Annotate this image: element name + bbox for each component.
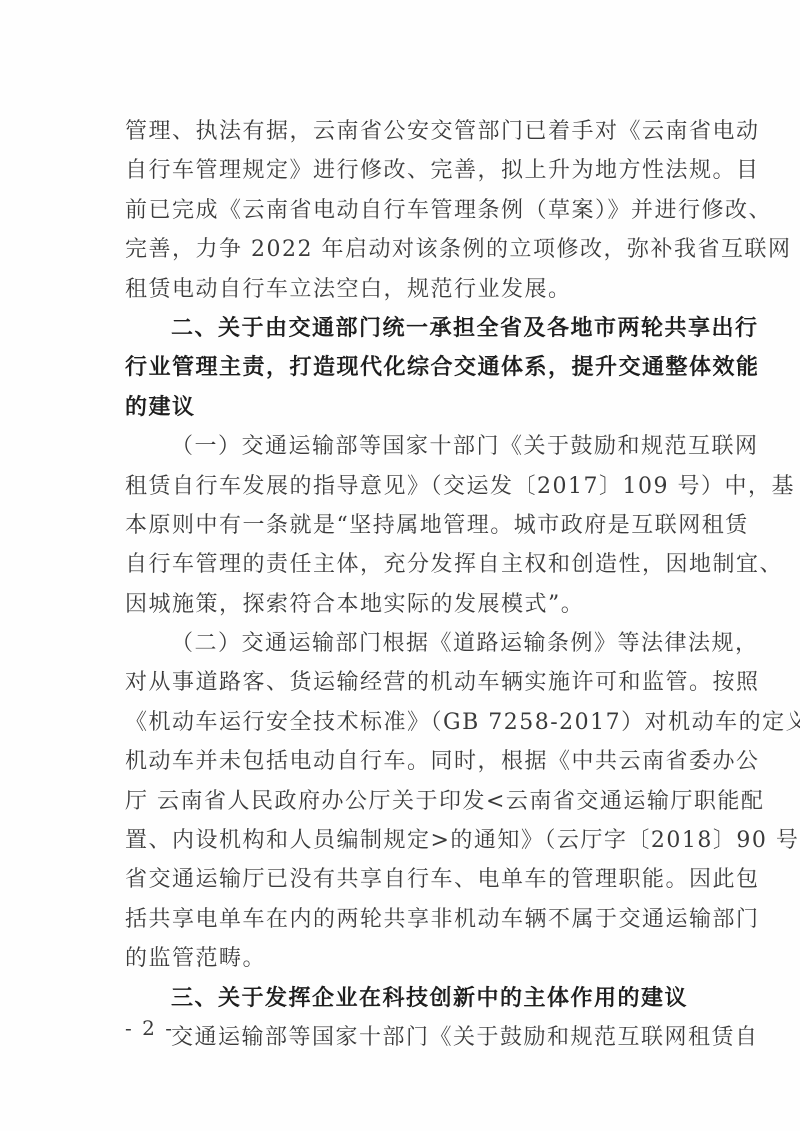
section-heading-3: 三、关于发挥企业在科技创新中的主体作用的建议 bbox=[125, 979, 680, 1018]
heading-line: 三、关于发挥企业在科技创新中的主体作用的建议 bbox=[125, 979, 680, 1018]
document-page: 管理、执法有据，云南省公安交管部门已着手对《云南省电动 自行车管理规定》进行修改… bbox=[0, 0, 800, 1131]
text-line: 本原则中有一条就是“坚持属地管理。城市政府是互联网租赁 bbox=[125, 506, 680, 545]
text-line: 括共享电单车在内的两轮共享非机动车辆不属于交通运输部门 bbox=[125, 900, 680, 939]
text-line: 管理、执法有据，云南省公安交管部门已着手对《云南省电动 bbox=[125, 112, 680, 151]
text-line: 自行车管理规定》进行修改、完善，拟上升为地方性法规。目 bbox=[125, 151, 680, 190]
heading-line: 的建议 bbox=[125, 388, 680, 427]
paragraph-subitem-1: （一）交通运输部等国家十部门《关于鼓励和规范互联网 租赁自行车发展的指导意见》（… bbox=[125, 427, 680, 624]
heading-line: 行业管理主责，打造现代化综合交通体系，提升交通整体效能 bbox=[125, 348, 680, 387]
text-line: 因城施策，探索符合本地实际的发展模式”。 bbox=[125, 585, 680, 624]
text-line: 完善，力争 2022 年启动对该条例的立项修改，弥补我省互联网 bbox=[125, 230, 680, 269]
page-number: - 2 - bbox=[125, 1016, 174, 1040]
document-body: 管理、执法有据，云南省公安交管部门已着手对《云南省电动 自行车管理规定》进行修改… bbox=[125, 112, 680, 1057]
text-line: 对从事道路客、货运输经营的机动车辆实施许可和监管。按照 bbox=[125, 663, 680, 702]
text-line: 租赁自行车发展的指导意见》（交运发〔2017〕109 号）中，基 bbox=[125, 467, 680, 506]
text-line: 省交通运输厅已没有共享自行车、电单车的管理职能。因此包 bbox=[125, 860, 680, 899]
heading-line: 二、关于由交通部门统一承担全省及各地市两轮共享出行 bbox=[125, 309, 680, 348]
paragraph-section-3-body: 交通运输部等国家十部门《关于鼓励和规范互联网租赁自 bbox=[125, 1018, 680, 1057]
text-line: 前已完成《云南省电动自行车管理条例（草案）》并进行修改、 bbox=[125, 191, 680, 230]
text-line: 租赁电动自行车立法空白，规范行业发展。 bbox=[125, 270, 680, 309]
text-line: （二）交通运输部门根据《道路运输条例》等法律法规， bbox=[125, 624, 680, 663]
paragraph-subitem-2: （二）交通运输部门根据《道路运输条例》等法律法规， 对从事道路客、货运输经营的机… bbox=[125, 624, 680, 979]
text-line: 的监管范畴。 bbox=[125, 939, 680, 978]
text-line: 置、内设机构和人员编制规定>的通知》（云厅字〔2018〕90 号）， bbox=[125, 821, 680, 860]
text-line: 《机动车运行安全技术标准》（GB 7258-2017）对机动车的定义， bbox=[125, 703, 680, 742]
text-line: 机动车并未包括电动自行车。同时，根据《中共云南省委办公 bbox=[125, 742, 680, 781]
text-line: 自行车管理的责任主体，充分发挥自主权和创造性，因地制宜、 bbox=[125, 545, 680, 584]
text-line: （一）交通运输部等国家十部门《关于鼓励和规范互联网 bbox=[125, 427, 680, 466]
paragraph-continuation: 管理、执法有据，云南省公安交管部门已着手对《云南省电动 自行车管理规定》进行修改… bbox=[125, 112, 680, 309]
text-line: 交通运输部等国家十部门《关于鼓励和规范互联网租赁自 bbox=[125, 1018, 680, 1057]
section-heading-2: 二、关于由交通部门统一承担全省及各地市两轮共享出行 行业管理主责，打造现代化综合… bbox=[125, 309, 680, 427]
text-line: 厅 云南省人民政府办公厅关于印发<云南省交通运输厅职能配 bbox=[125, 782, 680, 821]
